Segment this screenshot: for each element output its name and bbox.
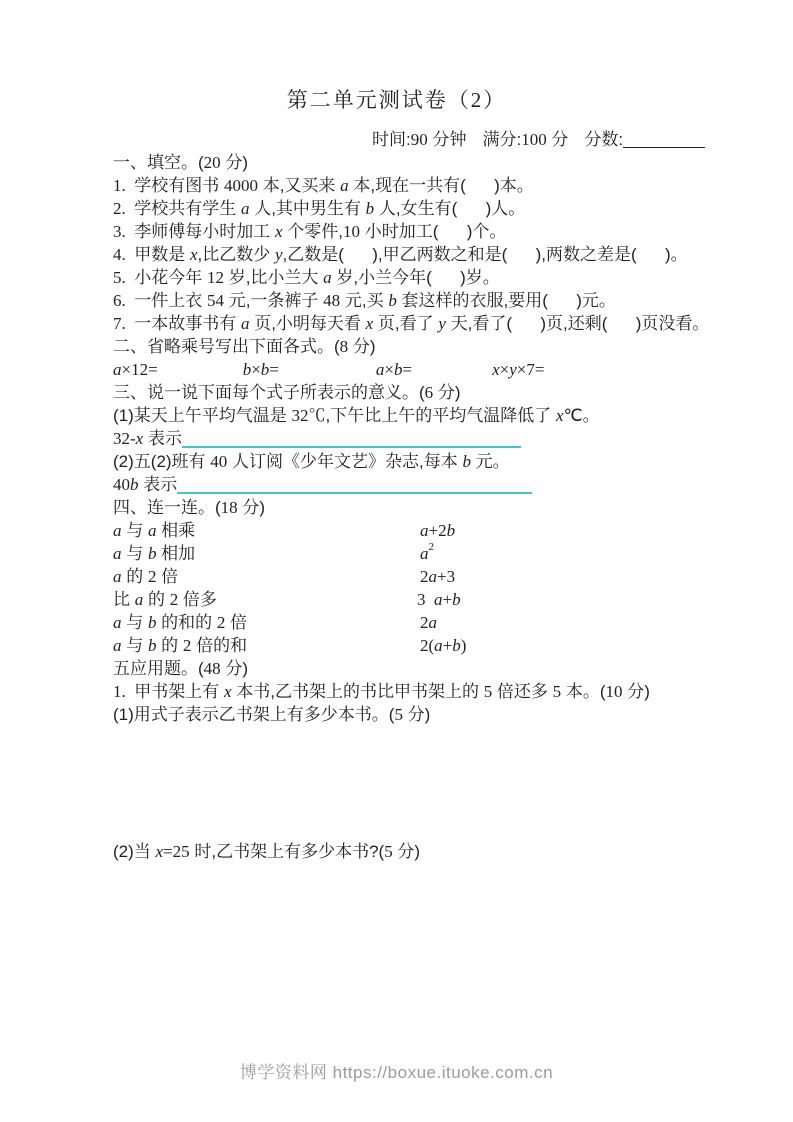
text-segment: ×7=	[517, 360, 545, 379]
text-segment: 人,女生有( )人。	[374, 199, 525, 218]
fill-question-7: 7. 一本故事书有 a 页,小明每天看 x 页,看了 y 天,看了( )页,还剩…	[113, 312, 753, 335]
text-segment: 与	[122, 636, 148, 655]
text-segment: 的	[143, 590, 169, 609]
text-segment: b	[447, 521, 456, 540]
section-5-header: 五应用题。(48 分)	[113, 657, 753, 680]
text-segment: y	[275, 245, 283, 264]
text-segment: 倍	[156, 567, 178, 586]
text-segment: 人订阅《少年文艺》杂志,每本	[227, 452, 462, 471]
meaning-question-2: (2)五(2)班有 40 人订阅《少年文艺》杂志,每本 b 元。	[113, 450, 753, 473]
match-row-6: a 与 b 的 2 倍的和2(a+b)	[113, 634, 753, 657]
text-segment: 岁,小兰今年( )岁。	[332, 268, 500, 287]
text-segment: 48	[323, 291, 340, 310]
text-segment: 40	[210, 452, 227, 471]
match-cell: 3 a+b	[417, 588, 461, 611]
text-segment: +3	[437, 567, 455, 586]
meaning-question-1-answer: 32-x 表示	[113, 427, 753, 450]
score-blank-line	[623, 133, 705, 148]
text-segment: x	[190, 245, 198, 264]
text-segment: b	[130, 475, 139, 494]
text-segment: 2.	[113, 199, 134, 218]
text-segment: 90	[411, 130, 428, 149]
text-segment: 二、省略乘号写出下面各式。(	[113, 337, 340, 356]
match-cell: a 与 b 相加	[113, 542, 420, 565]
text-segment: +	[443, 590, 453, 609]
text-segment: 本,又买来	[258, 176, 340, 195]
test-paper-page: 第二单元测试卷（2） 时间:90 分钟满分:100 分分数:一、填空。(20 分…	[0, 0, 793, 1122]
watermark-footer: 博学资料网 https://boxue.ituoke.com.cn	[0, 1058, 793, 1083]
text-segment: y	[438, 314, 446, 333]
text-segment: 本,现在一共有( )本。	[349, 176, 534, 195]
text-segment: 4000	[224, 176, 258, 195]
match-cell: a 与 b 的 2 倍的和	[113, 634, 420, 657]
text-segment: 倍	[225, 613, 247, 632]
text-segment: ,乙数是( ),甲乙两数之和是( ),两数之差是( )。	[283, 245, 688, 264]
text-segment: 一、填空。(	[113, 153, 204, 172]
answer-blank-line	[177, 476, 532, 494]
text-segment: (1)某天上午平均气温是	[113, 406, 292, 425]
text-segment: 倍还多	[492, 682, 552, 701]
text-segment: a	[323, 268, 332, 287]
text-segment: 1.	[113, 176, 134, 195]
text-segment: a	[340, 176, 349, 195]
text-segment: 倍的和	[191, 636, 247, 655]
text-segment: 12	[207, 268, 224, 287]
text-segment: b	[452, 636, 461, 655]
text-segment: =25	[163, 842, 190, 861]
text-segment: a	[429, 567, 438, 586]
text-segment: 甲数是	[134, 245, 190, 264]
text-segment: 分钟	[428, 130, 467, 149]
text-segment: b	[261, 360, 270, 379]
text-segment: a	[113, 521, 122, 540]
match-row-3: a 的 2 倍2a+3	[113, 565, 753, 588]
text-segment: 2	[420, 567, 429, 586]
text-segment: ×	[251, 360, 261, 379]
text-segment: 分	[547, 130, 569, 149]
text-segment: x	[224, 682, 232, 701]
text-segment: a	[113, 636, 122, 655]
text-segment: =	[269, 360, 279, 379]
page-title: 第二单元测试卷（2）	[0, 86, 793, 114]
text-segment: 页,看了	[373, 314, 438, 333]
text-segment: a	[434, 636, 443, 655]
text-segment: 元,一条裤子	[224, 291, 323, 310]
fill-question-2: 2. 学校共有学生 a 人,其中男生有 b 人,女生有( )人。	[113, 197, 753, 220]
text-segment: 页,小明每天看	[249, 314, 365, 333]
text-segment: 与	[122, 613, 148, 632]
match-row-1: a 与 a 相乘a+2b	[113, 519, 753, 542]
text-segment: 岁,比小兰大	[224, 268, 323, 287]
match-cell: a 与 a 相乘	[113, 519, 420, 542]
document-body: 时间:90 分钟满分:100 分分数:一、填空。(20 分)1. 学校有图书 4…	[0, 128, 793, 863]
text-segment: a	[113, 360, 122, 379]
text-segment: ℃。	[564, 406, 600, 425]
match-cell: a 的 2 倍	[113, 565, 420, 588]
text-segment: 的和的	[156, 613, 216, 632]
match-cell: a2	[420, 542, 434, 565]
text-segment: a	[135, 590, 144, 609]
text-segment: (2)当	[113, 842, 156, 861]
text-segment: 表示	[139, 475, 178, 494]
text-segment: 32	[292, 406, 309, 425]
text-segment: a	[113, 544, 122, 563]
match-cell: a 与 b 的和的 2 倍	[113, 611, 420, 634]
match-cell: 比 a 的 2 倍多	[113, 588, 417, 611]
text-segment: 分)	[348, 337, 375, 356]
omit-multiplication-expressions: a×12=b×b=a×b=x×y×7=	[113, 358, 753, 381]
section-3-header: 三、说一说下面每个式子所表示的意义。(6 分)	[113, 381, 753, 404]
match-cell: 2a+3	[420, 565, 455, 588]
text-segment: 100	[521, 130, 547, 149]
text-segment: 分)	[393, 842, 420, 861]
match-row-5: a 与 b 的和的 2 倍2a	[113, 611, 753, 634]
text-segment: )	[461, 636, 467, 655]
answer-blank-line	[182, 430, 521, 448]
text-segment: 10	[606, 682, 623, 701]
text-segment: 6.	[113, 291, 134, 310]
text-segment: 甲书架上有	[134, 682, 224, 701]
text-segment: 五应用题。(	[113, 659, 204, 678]
text-segment: 的	[122, 567, 148, 586]
text-segment: 小花今年	[134, 268, 207, 287]
text-segment: 1.	[113, 682, 134, 701]
text-segment: 与	[122, 521, 148, 540]
match-cell: 2a	[420, 611, 437, 634]
text-segment: 5	[553, 682, 562, 701]
text-segment: 倍多	[178, 590, 217, 609]
text-segment: 人,其中男生有	[249, 199, 365, 218]
text-segment: 2(	[420, 636, 434, 655]
text-segment: b	[243, 360, 252, 379]
text-segment: 3.	[113, 222, 134, 241]
text-segment: 分)	[221, 153, 248, 172]
text-segment: 5.	[113, 268, 134, 287]
text-segment: 5	[484, 682, 493, 701]
text-segment: 48	[204, 659, 221, 678]
superscript: 2	[429, 541, 435, 553]
text-segment: 2	[420, 613, 429, 632]
text-segment: 7.	[113, 314, 134, 333]
text-segment: 一本故事书有	[134, 314, 241, 333]
fill-question-5: 5. 小花今年 12 岁,比小兰大 a 岁,小兰今年( )岁。	[113, 266, 753, 289]
text-segment: 时间:	[372, 130, 411, 149]
text-segment: 学校共有学生	[134, 199, 241, 218]
fill-question-6: 6. 一件上衣 54 元,一条裤子 48 元,买 b 套这样的衣服,要用( )元…	[113, 289, 753, 312]
text-segment: +	[443, 636, 453, 655]
text-segment: 比	[113, 590, 135, 609]
text-segment: 的	[156, 636, 182, 655]
text-segment: 4.	[113, 245, 134, 264]
text-segment: ×12=	[122, 360, 158, 379]
text-segment: 18	[221, 498, 238, 517]
text-segment: y	[509, 360, 517, 379]
match-cell: a+2b	[420, 519, 455, 542]
text-segment: 分)	[403, 705, 430, 724]
text-segment: 5	[394, 705, 403, 724]
section-1-header: 一、填空。(20 分)	[113, 151, 753, 174]
meaning-question-1: (1)某天上午平均气温是 32℃,下午比上午的平均气温降低了 x℃。	[113, 404, 753, 427]
text-segment: a	[420, 544, 429, 563]
text-segment: 3	[417, 590, 434, 609]
text-segment: 相乘	[156, 521, 195, 540]
text-segment: 套这样的衣服,要用( )元。	[397, 291, 616, 310]
text-segment: b	[452, 590, 461, 609]
text-segment: ×	[500, 360, 510, 379]
text-segment: x	[275, 222, 283, 241]
text-segment: 相加	[156, 544, 195, 563]
text-segment: 表示	[143, 429, 182, 448]
text-segment: b	[462, 452, 471, 471]
text-segment: a	[434, 590, 443, 609]
text-segment: 分)	[221, 659, 248, 678]
text-segment: +2	[429, 521, 447, 540]
text-segment: 四、连一连。(	[113, 498, 221, 517]
text-segment: 一件上衣	[134, 291, 207, 310]
text-segment: 10	[343, 222, 360, 241]
text-segment: ℃,下午比上午的平均气温降低了	[309, 406, 556, 425]
text-segment: b	[388, 291, 397, 310]
text-segment: a	[113, 567, 122, 586]
match-row-4: 比 a 的 2 倍多3 a+b	[113, 588, 753, 611]
meta-line: 时间:90 分钟满分:100 分分数:	[372, 128, 753, 151]
text-segment: 元,买	[340, 291, 388, 310]
text-segment: 分)	[238, 498, 265, 517]
text-segment: 与	[122, 544, 148, 563]
fill-question-1: 1. 学校有图书 4000 本,又买来 a 本,现在一共有( )本。	[113, 174, 753, 197]
text-segment: 时,乙书架上有多少本书?(	[190, 842, 385, 861]
text-segment: 小时加工( )个。	[360, 222, 506, 241]
text-segment: b	[366, 199, 375, 218]
text-segment: x	[156, 842, 164, 861]
text-segment: 6	[425, 383, 434, 402]
text-segment: 学校有图书	[134, 176, 224, 195]
text-segment: 2	[170, 590, 179, 609]
text-segment: =	[402, 360, 412, 379]
text-segment: 20	[204, 153, 221, 172]
text-segment: ,比乙数少	[198, 245, 275, 264]
text-segment: 天,看了( )页,还剩( )页没看。	[446, 314, 710, 333]
text-segment: a	[420, 521, 429, 540]
section-4-header: 四、连一连。(18 分)	[113, 496, 753, 519]
text-segment: 李师傅每小时加工	[134, 222, 275, 241]
word-problem-1-part-2: (2)当 x=25 时,乙书架上有多少本书?(5 分)	[113, 840, 753, 863]
section-2-header: 二、省略乘号写出下面各式。(8 分)	[113, 335, 753, 358]
text-segment: 分数:	[584, 130, 623, 149]
text-segment: 满分:	[482, 130, 521, 149]
fill-question-4: 4. 甲数是 x,比乙数少 y,乙数是( ),甲乙两数之和是( ),两数之差是(…	[113, 243, 753, 266]
text-segment: (2)五(2)班有	[113, 452, 210, 471]
text-segment: a	[113, 613, 122, 632]
text-segment: a	[429, 613, 438, 632]
text-segment: (1)用式子表示乙书架上有多少本书。(	[113, 705, 394, 724]
meaning-question-2-answer: 40b 表示	[113, 473, 753, 496]
text-segment: 32-	[113, 429, 136, 448]
text-segment: 40	[113, 475, 130, 494]
text-segment: 分)	[433, 383, 460, 402]
text-segment: 本书,乙书架上的书比甲书架上的	[232, 682, 484, 701]
text-segment: 个零件,	[283, 222, 343, 241]
word-problem-1-part-1: (1)用式子表示乙书架上有多少本书。(5 分)	[113, 703, 753, 726]
word-problem-1: 1. 甲书架上有 x 本书,乙书架上的书比甲书架上的 5 倍还多 5 本。(10…	[113, 680, 753, 703]
fill-question-3: 3. 李师傅每小时加工 x 个零件,10 小时加工( )个。	[113, 220, 753, 243]
text-segment: ×	[384, 360, 394, 379]
text-segment: 5	[384, 842, 393, 861]
text-segment: 分)	[623, 682, 650, 701]
text-segment: x	[556, 406, 564, 425]
text-segment: 8	[340, 337, 349, 356]
text-segment: 三、说一说下面每个式子所表示的意义。(	[113, 383, 425, 402]
match-cell: 2(a+b)	[420, 634, 466, 657]
text-segment: 元。	[471, 452, 510, 471]
text-segment: 54	[207, 291, 224, 310]
text-segment: x	[492, 360, 500, 379]
match-row-2: a 与 b 相加a2	[113, 542, 753, 565]
text-segment: 本。(	[561, 682, 605, 701]
